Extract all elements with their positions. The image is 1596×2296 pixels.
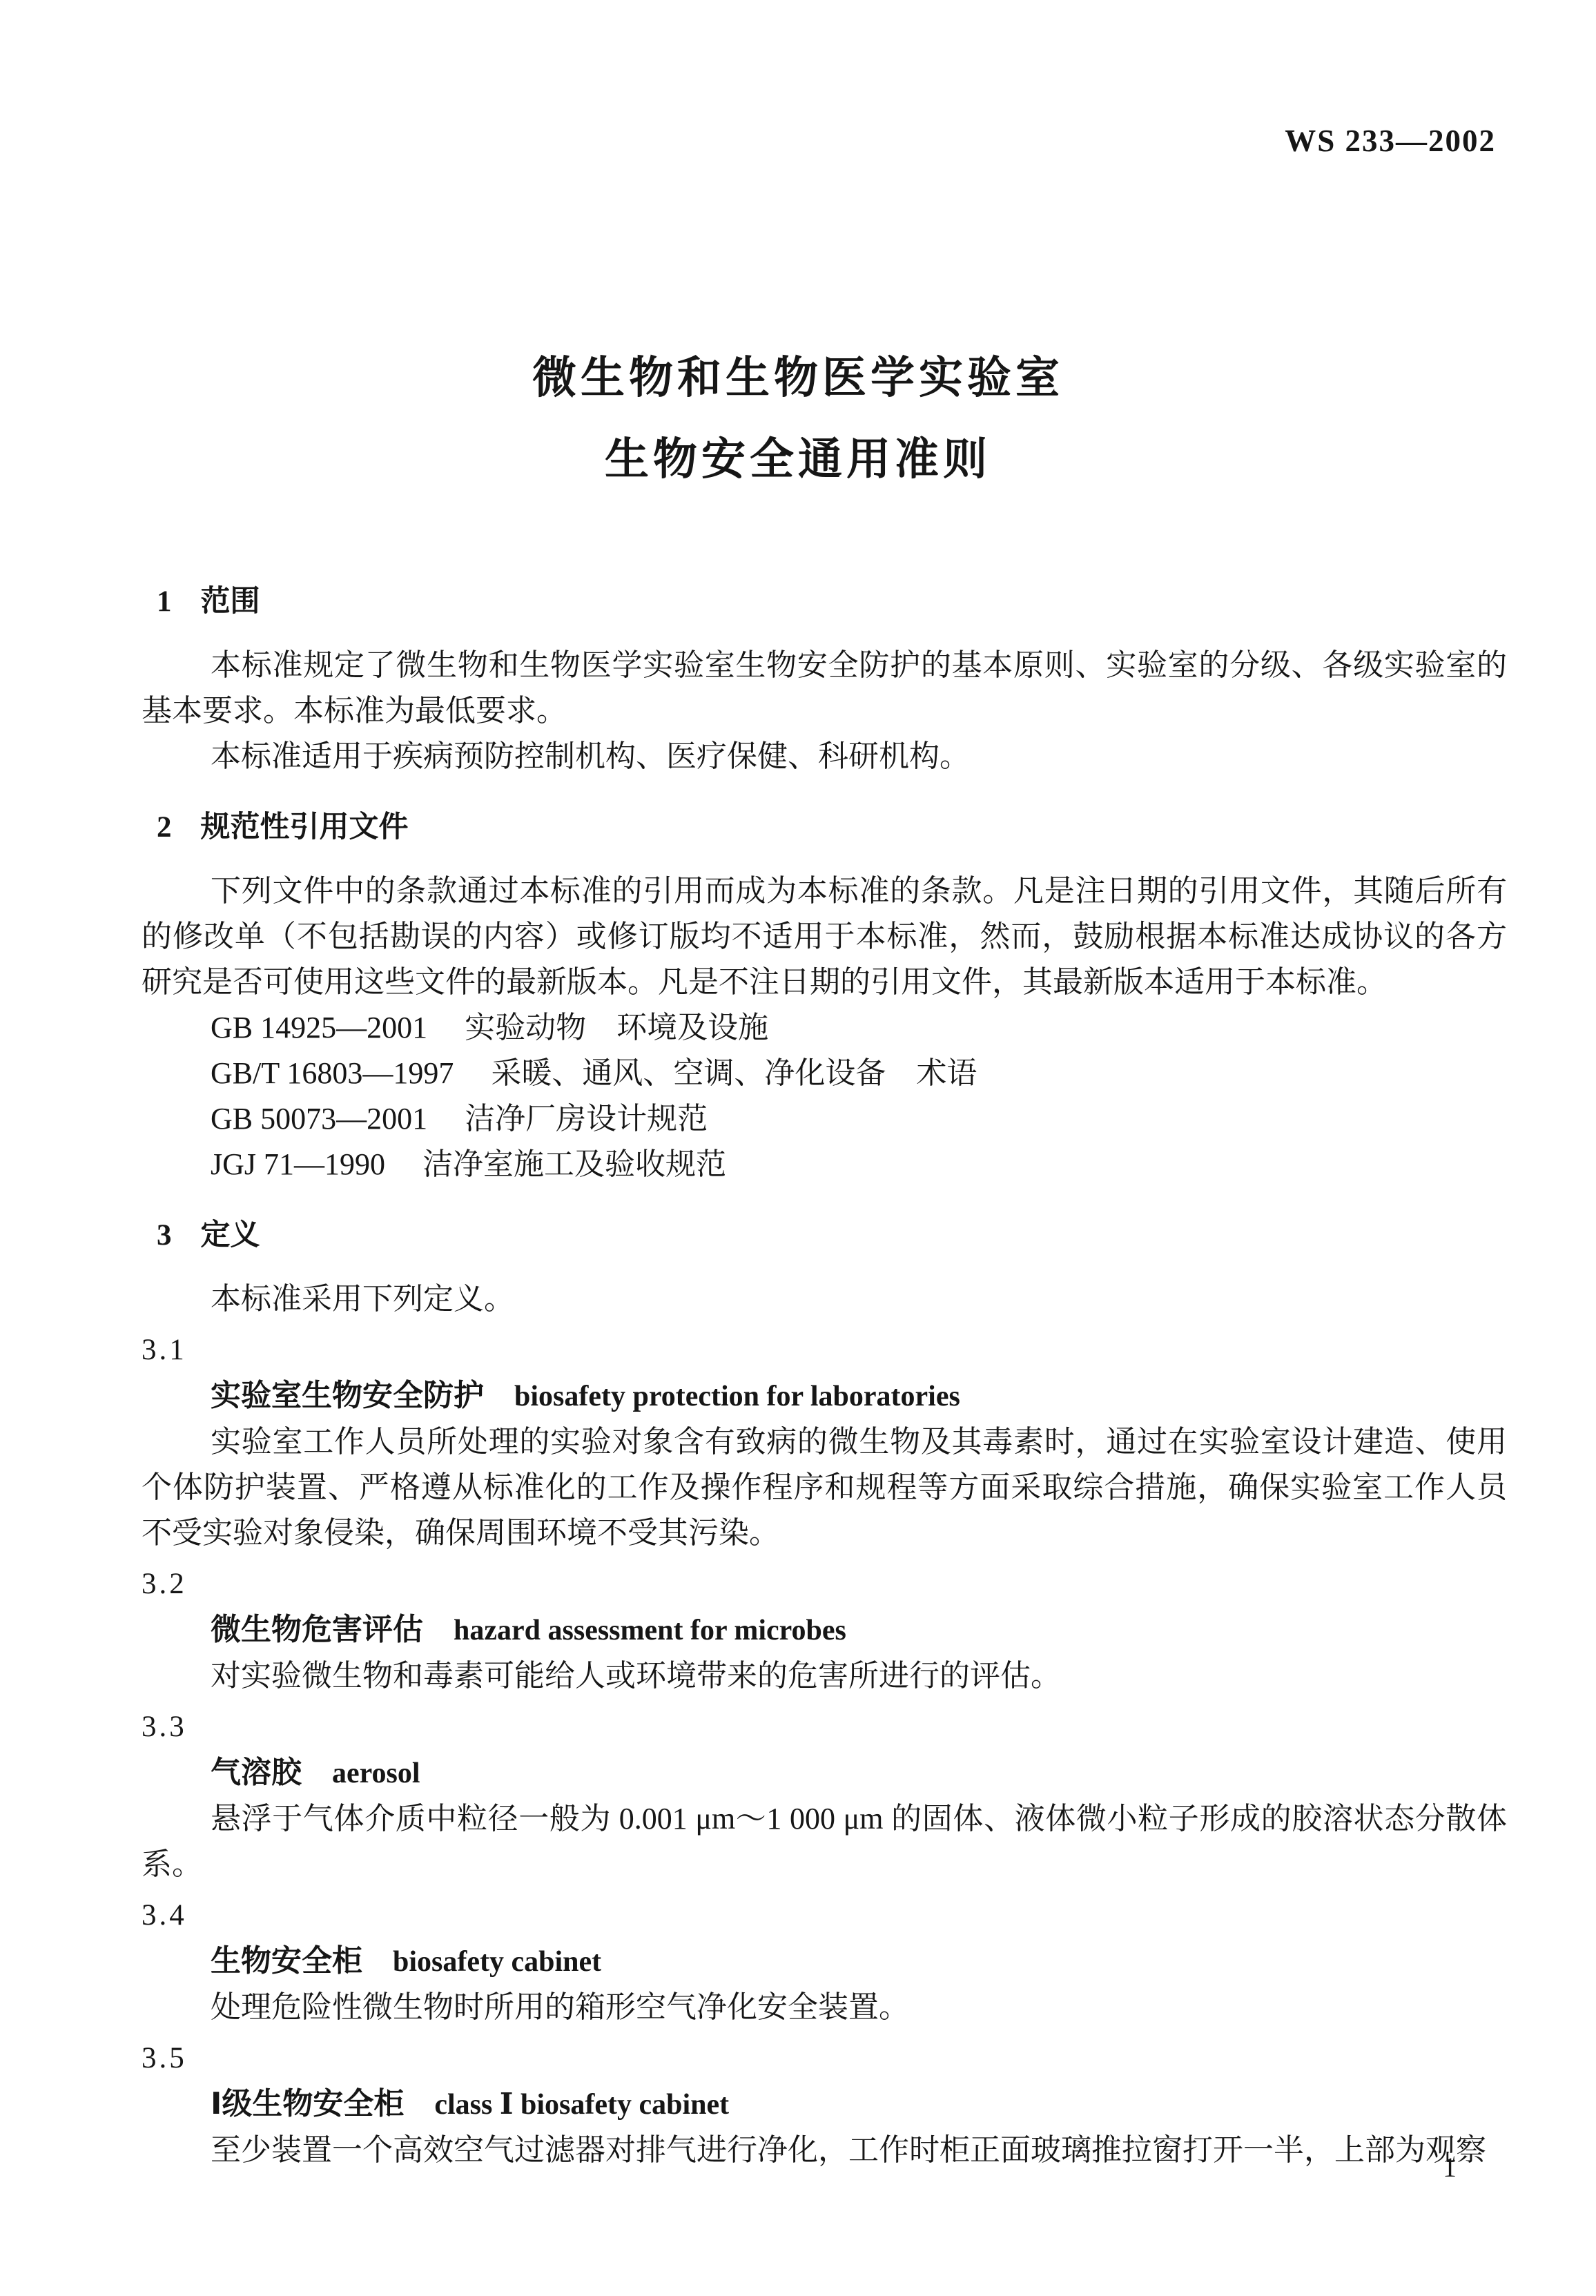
section-3-heading: 3定义 [142,1212,1507,1258]
definition-3-5-number: 3.5 [142,2036,1507,2081]
reference-item: JGJ 71—1990洁净室施工及验收规范 [142,1142,1507,1187]
definition-3-3-term-cn: 气溶胶 [211,1755,302,1789]
definition-3-1-body: 实验室工作人员所处理的实验对象含有致病的微生物及其毒素时，通过在实验室设计建造、… [142,1419,1507,1556]
reference-item: GB/T 16803—1997采暖、通风、空调、净化设备 术语 [142,1051,1507,1096]
definition-3-2-term-en: hazard assessment for microbes [454,1615,846,1646]
definition-3-3-number: 3.3 [142,1704,1507,1750]
document-body: 1范围 本标准规定了微生物和生物医学实验室生物安全防护的基本原则、实验室的分级、… [142,578,1507,2173]
definition-3-3-term: 气溶胶aerosol [142,1750,1507,1796]
definition-3-5-term-en: class Ⅰ biosafety cabinet [434,2089,729,2121]
reference-title: 洁净厂房设计规范 [465,1102,708,1136]
definition-3-4-term-cn: 生物安全柜 [211,1944,362,1978]
definition-3-5-body: 至少装置一个高效空气过滤器对排气进行净化，工作时柜正面玻璃推拉窗打开一半，上部为… [142,2128,1507,2173]
definition-3-1-term-cn: 实验室生物安全防护 [211,1379,484,1412]
reference-code: JGJ 71—1990 [211,1142,385,1187]
definition-3-2-body: 对实验微生物和毒素可能给人或环境带来的危害所进行的评估。 [142,1653,1507,1699]
section-3-intro: 本标准采用下列定义。 [142,1276,1507,1322]
reference-code: GB 50073—2001 [211,1096,427,1142]
definition-3-2-term-cn: 微生物危害评估 [211,1613,423,1646]
reference-title: 采暖、通风、空调、净化设备 术语 [491,1056,977,1090]
section-1-title: 范围 [201,585,260,618]
document-title-line-2: 生物安全通用准则 [0,418,1596,500]
reference-title: 实验动物 环境及设施 [465,1011,768,1044]
definition-3-1-term-en: biosafety protection for laboratories [514,1381,960,1412]
section-2-number: 2 [157,805,172,850]
section-2-title: 规范性引用文件 [201,810,409,844]
definition-3-3-term-en: aerosol [332,1758,420,1789]
reference-code: GB 14925—2001 [211,1005,427,1051]
reference-item: GB 50073—2001洁净厂房设计规范 [142,1096,1507,1142]
document-title-line-1: 微生物和生物医学实验室 [0,337,1596,418]
reference-item: GB 14925—2001实验动物 环境及设施 [142,1005,1507,1051]
definition-3-4-body: 处理危险性微生物时所用的箱形空气净化安全装置。 [142,1985,1507,2030]
section-1-heading: 1范围 [142,578,1507,625]
section-2-heading: 2规范性引用文件 [142,804,1507,850]
definition-3-2-number: 3.2 [142,1562,1507,1607]
definition-3-1-number: 3.1 [142,1327,1507,1373]
section-3-number: 3 [157,1213,172,1258]
document-page: WS 233—2002 微生物和生物医学实验室 生物安全通用准则 1范围 本标准… [0,0,1596,2296]
definition-3-4-term-en: biosafety cabinet [393,1946,601,1978]
definition-3-2-term: 微生物危害评估hazard assessment for microbes [142,1607,1507,1653]
section-1-paragraph-2: 本标准适用于疾病预防控制机构、医疗保健、科研机构。 [142,734,1507,779]
definition-3-4-number: 3.4 [142,1893,1507,1938]
section-1-number: 1 [157,579,172,625]
page-number: 1 [1443,2152,1457,2183]
definition-3-1-term: 实验室生物安全防护biosafety protection for labora… [142,1373,1507,1419]
definition-3-3-body: 悬浮于气体介质中粒径一般为 0.001 μm～1 000 μm 的固体、液体微小… [142,1796,1507,1887]
document-title: 微生物和生物医学实验室 生物安全通用准则 [0,337,1596,500]
standard-number: WS 233—2002 [1285,123,1496,159]
definition-3-4-term: 生物安全柜biosafety cabinet [142,1938,1507,1985]
definition-3-5-term: Ⅰ级生物安全柜class Ⅰ biosafety cabinet [142,2081,1507,2128]
reference-title: 洁净室施工及验收规范 [422,1147,726,1181]
section-2-paragraph-1: 下列文件中的条款通过本标准的引用而成为本标准的条款。凡是注日期的引用文件，其随后… [142,868,1507,1005]
definition-3-5-term-cn: Ⅰ级生物安全柜 [211,2087,404,2121]
section-1-paragraph-1: 本标准规定了微生物和生物医学实验室生物安全防护的基本原则、实验室的分级、各级实验… [142,643,1507,734]
section-3-title: 定义 [201,1218,260,1252]
reference-code: GB/T 16803—1997 [211,1051,454,1096]
